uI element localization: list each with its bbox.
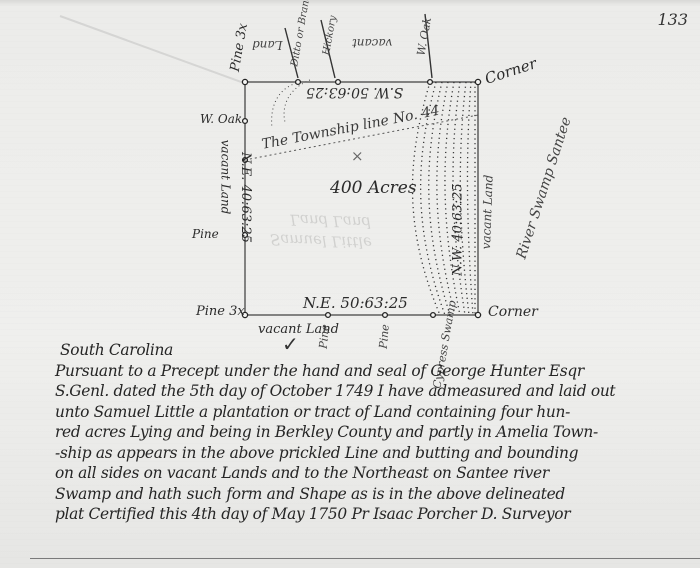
certificate-line: on all sides on vacant Lands and to the … [55, 463, 695, 484]
survey-markers [242, 79, 480, 317]
certificate-line: Swamp and hath such form and Shape as is… [55, 484, 695, 505]
west-vacant-label: vacant Land [218, 140, 232, 215]
certificate-line: red acres Lying and being in Berkley Cou… [55, 422, 695, 443]
certificate-line: -ship as appears in the above prickled L… [55, 443, 695, 464]
bearing-north: S.W. 50:63:25 [306, 84, 403, 100]
bearing-west: N.E. 40:63:25 [238, 152, 253, 243]
bottom-rule [30, 558, 700, 559]
west-tree-label-oak: W. Oak [200, 112, 242, 126]
acreage-label: 400 Acres [330, 178, 417, 198]
east-vacant-label: vacant Land [479, 174, 496, 249]
center-mark: × [351, 147, 364, 165]
bearing-east: N.W. 40:63:25 [451, 183, 466, 275]
west-tree-label-pine: Pine [192, 227, 219, 241]
certificate-line: unto Samuel Little a plantation or tract… [55, 402, 695, 423]
certificate-text: South Carolina Pursuant to a Precept und… [55, 340, 695, 525]
certificate-heading: South Carolina [60, 340, 695, 361]
certificate-line: plat Certified this 4th day of May 1750 … [55, 504, 695, 525]
corner-label-bottom-left: Pine 3x [196, 304, 245, 319]
north-vacant-label: Land [252, 38, 283, 52]
corner-label-bottom-right: Corner [488, 304, 538, 320]
creek-dotted-line [272, 80, 310, 128]
certificate-line: S.Genl. dated the 5th day of October 174… [55, 381, 695, 402]
bearing-south: N.E. 50:63:25 [303, 294, 408, 312]
north-vacant-label-2: vacant [352, 36, 392, 50]
certificate-line: Pursuant to a Precept under the hand and… [55, 361, 695, 382]
manuscript-page: Land Land Samuel Little 133 [0, 0, 700, 568]
